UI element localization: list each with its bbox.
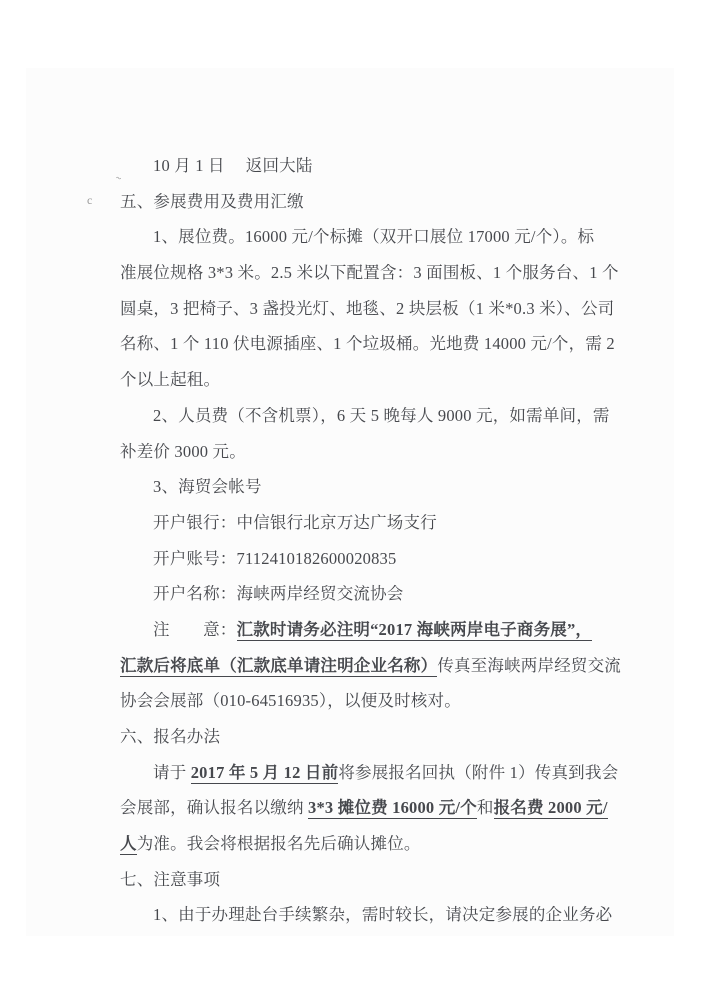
- text-run: 3、海贸会帐号: [153, 477, 262, 496]
- document-line: 协会会展部（010-64516935），以便及时核对。: [120, 683, 630, 719]
- text-run: 开户银行：中信银行北京万达广场支行: [153, 513, 437, 532]
- text-run: 注 意：: [153, 620, 237, 639]
- document-line: 五、参展费用及费用汇缴: [120, 184, 630, 220]
- text-run: 名称、1 个 110 伏电源插座、1 个垃圾桶。光地费 14000 元/个，需 …: [120, 334, 615, 353]
- text-run: 请于: [153, 763, 191, 782]
- text-run: 会展部，确认报名以缴纳: [120, 798, 308, 817]
- scanned-page-background: ~ c 10 月 1 日 返回大陆五、参展费用及费用汇缴1、展位费。16000 …: [0, 0, 711, 1006]
- text-run: 补差价 3000 元。: [120, 442, 246, 461]
- document-line: 1、展位费。16000 元/个标摊（双开口展位 17000 元/个）。标: [120, 219, 630, 255]
- document-line: 准展位规格 3*3 米。2.5 米以下配置含：3 面围板、1 个服务台、1 个: [120, 255, 630, 291]
- document-line: 六、报名办法: [120, 719, 630, 755]
- document-line: 开户银行：中信银行北京万达广场支行: [120, 505, 630, 541]
- document-line: 10 月 1 日 返回大陆: [120, 148, 630, 184]
- document-text: 10 月 1 日 返回大陆五、参展费用及费用汇缴1、展位费。16000 元/个标…: [120, 148, 630, 933]
- text-run: 2017 年 5 月 12 日前: [191, 763, 339, 784]
- document-line: 请于 2017 年 5 月 12 日前将参展报名回执（附件 1）传真到我会: [120, 755, 630, 791]
- text-run: 五、参展费用及费用汇缴: [120, 192, 304, 211]
- text-run: 个以上起租。: [120, 370, 220, 389]
- text-run: 协会会展部（010-64516935），以便及时核对。: [120, 691, 461, 710]
- text-run: 1、展位费。16000 元/个标摊（双开口展位 17000 元/个）。标: [153, 227, 594, 246]
- text-run: 开户账号：7112410182600020835: [153, 549, 396, 568]
- document-page: ~ c 10 月 1 日 返回大陆五、参展费用及费用汇缴1、展位费。16000 …: [26, 68, 674, 936]
- document-line: 个以上起租。: [120, 362, 630, 398]
- document-line: 人为准。我会将根据报名先后确认摊位。: [120, 826, 630, 862]
- document-line: 补差价 3000 元。: [120, 434, 630, 470]
- document-line: 2、人员费（不含机票），6 天 5 晚每人 9000 元，如需单间，需: [120, 398, 630, 434]
- text-run: 10 月 1 日 返回大陆: [153, 156, 313, 175]
- document-line: 注 意：汇款时请务必注明“2017 海峡两岸电子商务展”，: [120, 612, 630, 648]
- text-run: 和: [477, 798, 494, 817]
- document-line: 开户账号：7112410182600020835: [120, 541, 630, 577]
- text-run: 3*3 摊位费 16000 元/个: [308, 798, 477, 819]
- text-run: 报名费 2000 元/: [494, 798, 608, 819]
- text-run: 六、报名办法: [120, 727, 220, 746]
- scan-artifact-mark: c: [87, 194, 92, 206]
- text-run: 准展位规格 3*3 米。2.5 米以下配置含：3 面围板、1 个服务台、1 个: [120, 263, 619, 282]
- text-run: 1、由于办理赴台手续繁杂，需时较长，请决定参展的企业务必: [153, 905, 612, 924]
- document-line: 3、海贸会帐号: [120, 469, 630, 505]
- document-line: 七、注意事项: [120, 862, 630, 898]
- document-line: 名称、1 个 110 伏电源插座、1 个垃圾桶。光地费 14000 元/个，需 …: [120, 326, 630, 362]
- text-run: 将参展报名回执（附件 1）传真到我会: [338, 763, 618, 782]
- text-run: 七、注意事项: [120, 870, 220, 889]
- document-line: 1、由于办理赴台手续繁杂，需时较长，请决定参展的企业务必: [120, 897, 630, 933]
- text-run: 圆桌，3 把椅子、3 盏投光灯、地毯、2 块层板（1 米*0.3 米）、公司: [120, 299, 614, 318]
- document-line: 圆桌，3 把椅子、3 盏投光灯、地毯、2 块层板（1 米*0.3 米）、公司: [120, 291, 630, 327]
- text-run: 传真至海峡两岸经贸交流: [437, 656, 621, 675]
- text-run: 汇款时请务必注明“2017 海峡两岸电子商务展”，: [237, 620, 593, 641]
- text-run: 为准。我会将根据报名先后确认摊位。: [137, 834, 421, 853]
- text-run: 汇款后将底单（汇款底单请注明企业名称）: [120, 656, 437, 677]
- text-run: 人: [120, 834, 137, 855]
- text-run: 开户名称：海峡两岸经贸交流协会: [153, 584, 404, 603]
- document-line: 会展部，确认报名以缴纳 3*3 摊位费 16000 元/个和报名费 2000 元…: [120, 790, 630, 826]
- document-line: 汇款后将底单（汇款底单请注明企业名称）传真至海峡两岸经贸交流: [120, 648, 630, 684]
- document-line: 开户名称：海峡两岸经贸交流协会: [120, 576, 630, 612]
- text-run: 2、人员费（不含机票），6 天 5 晚每人 9000 元，如需单间，需: [153, 406, 610, 425]
